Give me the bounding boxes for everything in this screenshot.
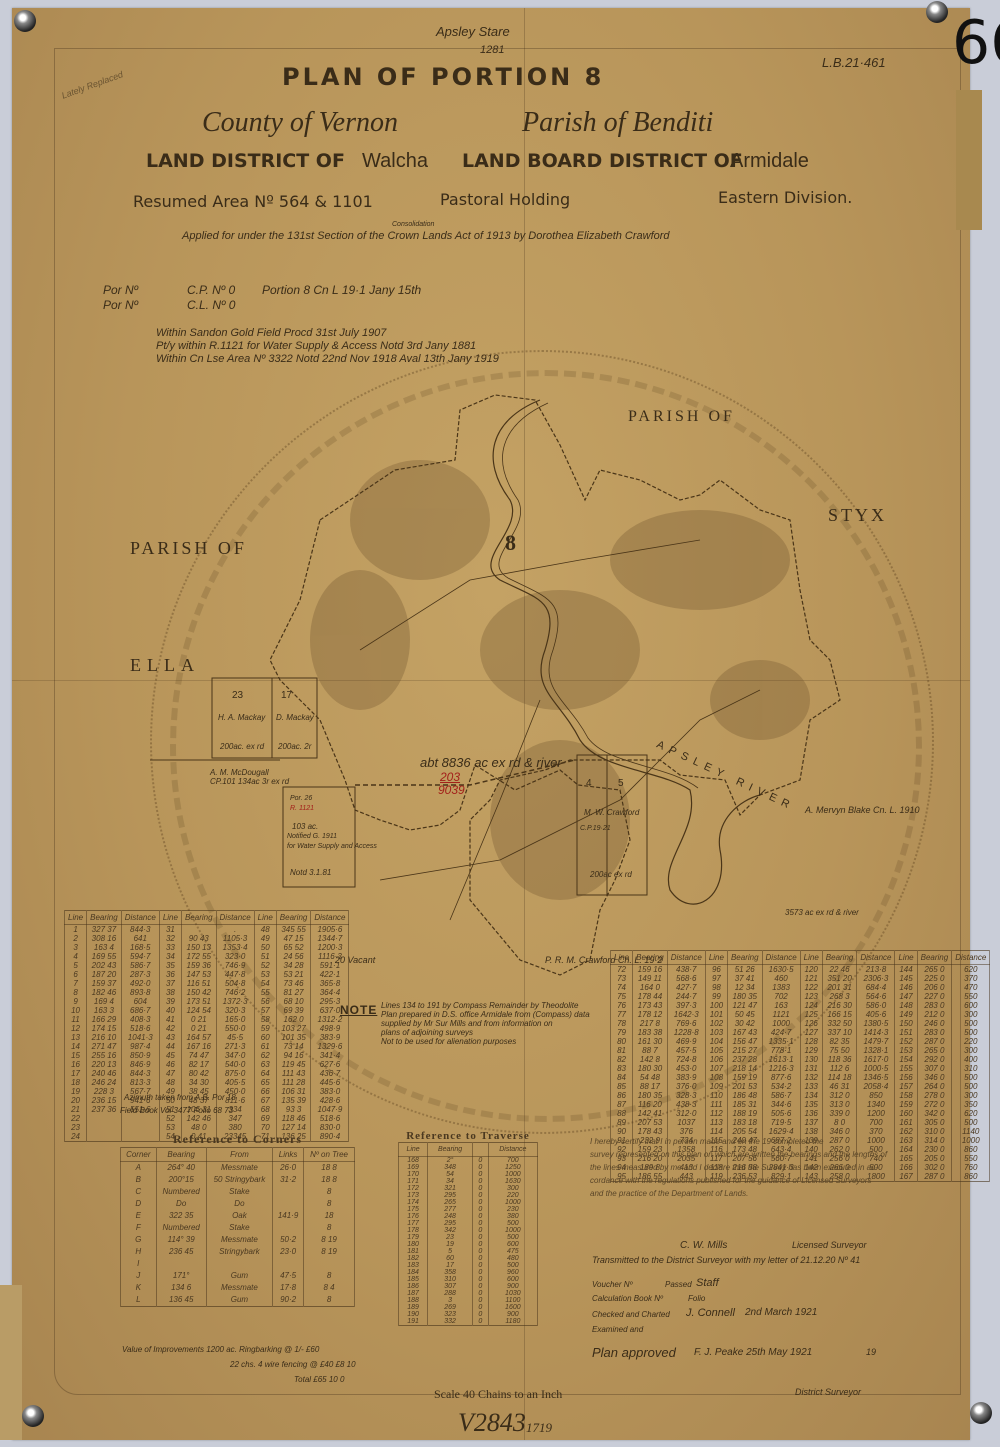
table-row: 2308 166413290 431105·34947 151344·7 <box>65 934 349 943</box>
table-row: DDoDo8 <box>121 1198 355 1210</box>
parcel-area: 200ac. ex rd <box>220 742 264 751</box>
reserve-label: R. 1121 <box>290 805 314 812</box>
table-row: 77178 121642·310150 451121125166 15405·6… <box>611 1010 990 1019</box>
improvements-line-1: Value of Improvements 1200 ac. Ringbarki… <box>122 1345 319 1354</box>
table-row: 73149 11568·69737 41460121351 202306·314… <box>611 974 990 983</box>
table-row: K134 6Messmate17·88 4 <box>121 1282 355 1294</box>
table-row: I <box>121 1258 355 1270</box>
reserve-label: Por. 26 <box>290 795 312 802</box>
table-row: CNumberedStake8 <box>121 1186 355 1198</box>
table-row: 182600480 <box>399 1255 538 1262</box>
table-row: E322 35Oak141·918 <box>121 1210 355 1222</box>
corners-table-block: Reference to Corners Corner Bearing From… <box>120 1132 355 1307</box>
azimuth-note: Azimuth taken from A.B. Por 18 <box>124 1093 236 1102</box>
table-row: 79183 381228·8103167 43424·7127337 10141… <box>611 1028 990 1037</box>
catalog-suffix: 1719 <box>526 1420 552 1436</box>
scale-note: Scale 40 Chains to an Inch <box>434 1387 562 1402</box>
table-row: 180190600 <box>399 1241 538 1248</box>
table-row: 4169 55594·734172 55323·05124 561116·3 <box>65 952 349 961</box>
surveyor-certificate: I hereby certify that I in person made a… <box>590 1135 910 1200</box>
table-row: 80161 30469·9104156 471335·112882 351479… <box>611 1037 990 1046</box>
district-surveyor-label: District Surveyor <box>795 1387 861 1397</box>
table-row: 183170500 <box>399 1262 538 1269</box>
table-row: 11166 29408·3410 21165·058162 01312·2 <box>65 1015 349 1024</box>
table-row: 83180 30453·0107218 141216·3131112 61000… <box>611 1064 990 1073</box>
table-row: 8182 46893·838150 42746·25581 27364·4 <box>65 988 349 997</box>
area-text: abt 8836 ac ex rd & river <box>420 755 562 770</box>
table-row: H236 45Stringybark23·08 19 <box>121 1246 355 1258</box>
table-row: 179230500 <box>399 1234 538 1241</box>
table-row: 13216 101041·343164 5745·560101 35383·9 <box>65 1033 349 1042</box>
mcdougall-holding: A. M. McDougall CP.101 134ac 3r ex rd <box>210 768 290 786</box>
table-row: 1843580960 <box>399 1269 538 1276</box>
table-row: 1327 37844·331.48345 551905·6 <box>65 925 349 935</box>
traverse-table-block: Reference to Traverse Line Bearing Dista… <box>398 1130 538 1326</box>
area-addition: 203 <box>440 770 460 784</box>
table-row: 1723210300 <box>399 1185 538 1192</box>
year-label: 19 <box>866 1347 876 1357</box>
area-total: 9039 <box>438 783 465 797</box>
table-row: 1732950220 <box>399 1192 538 1199</box>
reserve-label: Notd 3.1.81 <box>290 868 331 877</box>
table-row: A264° 40Messmate26·018 8 <box>121 1162 355 1175</box>
note-text: Lines 134 to 191 by Compass Remainder by… <box>381 1001 590 1046</box>
table-row: 1705401000 <box>399 1171 538 1178</box>
surveyor-name: C. W. Mills <box>680 1240 727 1251</box>
checked-date: 2nd March 1921 <box>745 1307 817 1318</box>
table-row: 17834201000 <box>399 1227 538 1234</box>
table-row: 89207 531037113183 18719·51378 070016130… <box>611 1118 990 1127</box>
parcel-area: 200ac ex rd <box>590 870 632 879</box>
table-row: 18150475 <box>399 1248 538 1255</box>
table-row: G114° 39Messmate50·28 19 <box>121 1234 355 1246</box>
table-row: 76173 43397·3100121 47163124216 30586·01… <box>611 1001 990 1010</box>
parcel-area: 200ac. 2r <box>278 742 311 751</box>
catalog-number: V2843 <box>458 1408 526 1438</box>
table-row: 17240 46844·34780 42875·064111 43436·7 <box>65 1069 349 1078</box>
table-row: 7159 37492·037116 51504·85473 46365·8 <box>65 979 349 988</box>
improvements-total: Total £65 10 0 <box>294 1375 344 1384</box>
parcel-number: 23 <box>232 690 243 701</box>
reserve-label: 103 ac. <box>292 822 318 831</box>
transmittal-note: Transmitted to the District Surveyor wit… <box>592 1255 860 1265</box>
table-row: 74164 0427·79812 341383122201 31684·4146… <box>611 983 990 992</box>
table-row: 1772950500 <box>399 1220 538 1227</box>
reserve-label: for Water Supply and Access <box>287 843 377 850</box>
table-row: 19133201180 <box>399 1318 538 1326</box>
table-row: 235348 038070127 14830·0 <box>65 1123 349 1132</box>
table-row: 18246 24813·34834 30405·565111 28445·6 <box>65 1078 349 1087</box>
passed-by: Staff <box>696 1277 719 1289</box>
table-row: 1903230900 <box>399 1311 538 1318</box>
passed-label: Passed <box>665 1280 692 1289</box>
table-row: 88142 41312·0112188 19505·6136339 012001… <box>611 1109 990 1118</box>
table-row: 1853100600 <box>399 1276 538 1283</box>
table-row: 8454 48383·9108159 19877·6132114 181346·… <box>611 1073 990 1082</box>
table-row: 9169 460439173 511372·35668 10295·3 <box>65 997 349 1006</box>
table-row: 18926901600 <box>399 1304 538 1311</box>
table-row: 87116 20438·3111185 31344·6135313 013401… <box>611 1100 990 1109</box>
table-row: 12174 15518·6420 21550·059103 27498·9 <box>65 1024 349 1033</box>
table-row: 1762480380 <box>399 1213 538 1220</box>
table-row: 10163 3686·740124 54320·35769 39637·0 <box>65 1006 349 1015</box>
table-row: 6187 20287·336147 53447·85353 21422·1 <box>65 970 349 979</box>
table-row: 86180 35328·3110186 48586·7134312 085015… <box>611 1091 990 1100</box>
table-row: 2252142 4634769118 46518·6 <box>65 1114 349 1123</box>
table-row: B200°1550 Stringybark31·218 8 <box>121 1174 355 1186</box>
table-row: 16220 13846·94682 17540·063119 45627·6 <box>65 1060 349 1069</box>
table-row: 75178 44244·799180 35702123268 3564·6147… <box>611 992 990 1001</box>
parish-styx-label-1: PARISH OF <box>628 408 735 426</box>
folio-label: Folio <box>688 1294 705 1303</box>
corners-table-title: Reference to Corners <box>120 1132 355 1147</box>
parcel-owner: H. A. Mackay <box>218 713 265 722</box>
table-row: 188301100 <box>399 1297 538 1304</box>
parcel-number: 5 <box>618 778 624 789</box>
table-row: 8188 7457·5105215 27778·112975 501328·11… <box>611 1046 990 1055</box>
checked-label: Checked and Charted <box>592 1310 670 1319</box>
approved-by: F. J. Peake 25th May 1921 <box>694 1347 812 1358</box>
table-row: L136 45Gum90·28 <box>121 1294 355 1307</box>
examined-label: Examined and <box>592 1325 643 1334</box>
calc-book-label: Calculation Book Nº <box>592 1294 663 1303</box>
portion-number: 8 <box>505 530 516 556</box>
parcel-number: 17 <box>281 690 292 701</box>
lease-area: 3573 ac ex rd & river <box>785 908 859 917</box>
parcel-owner: M. W. Crawford <box>584 808 639 817</box>
table-row: 17426501000 <box>399 1199 538 1206</box>
blake-holding: A. Mervyn Blake Cn. L. 1910 <box>805 805 920 815</box>
table-row: 14271 47987·444167 16271·36173 141329·6 <box>65 1042 349 1051</box>
table-row: 1682°0700 <box>399 1157 538 1165</box>
table-row: 5202 43586·735159 36746·95234 28591·1 <box>65 961 349 970</box>
table-row: 72159 16438·79651 261630·512022 46213·81… <box>611 965 990 975</box>
table-row: 18728801030 <box>399 1290 538 1297</box>
approved-label: Plan approved <box>592 1345 676 1360</box>
parish-ella-label-2: ELLA <box>130 655 200 676</box>
table-row: 1863070900 <box>399 1283 538 1290</box>
improvements-line-2: 22 chs. 4 wire fencing @ £40 £8 10 <box>230 1360 356 1369</box>
traverse-table-title: Reference to Traverse <box>398 1130 538 1142</box>
table-row: 82142 8724·8106237 281613·1130118 361617… <box>611 1055 990 1064</box>
parish-styx-label-2: STYX <box>828 505 887 526</box>
table-row: 78217 8769·610230 421000126332 501380·51… <box>611 1019 990 1028</box>
voucher-label: Voucher Nº <box>592 1280 632 1289</box>
field-book-ref: Field Book Vol 3477 Folio 68 73 <box>120 1106 233 1115</box>
table-row: 15255 16850·94574 47347·06294 16341·4 <box>65 1051 349 1060</box>
table-row: 1713401630 <box>399 1178 538 1185</box>
table-row: J171°Gum47·58 <box>121 1270 355 1282</box>
table-row: 3163 4168·533150 131353·45065 521200·3 <box>65 943 349 952</box>
table-row: 16934801250 <box>399 1164 538 1171</box>
parcel-number: 4 <box>586 778 592 789</box>
reserve-label: Notified G. 1911 <box>287 833 337 840</box>
parcel-cp: C.P.19·21 <box>580 825 611 832</box>
table-row: 8588 17376·0109201 53534·213346 312058·4… <box>611 1082 990 1091</box>
checked-by: J. Connell <box>686 1307 735 1319</box>
parcel-owner: D. Mackay <box>276 713 314 722</box>
surveyor-title: Licensed Surveyor <box>792 1240 867 1250</box>
table-row: FNumberedStake8 <box>121 1222 355 1234</box>
table-row: 1752770230 <box>399 1206 538 1213</box>
parish-ella-label-1: PARISH OF <box>130 538 247 559</box>
